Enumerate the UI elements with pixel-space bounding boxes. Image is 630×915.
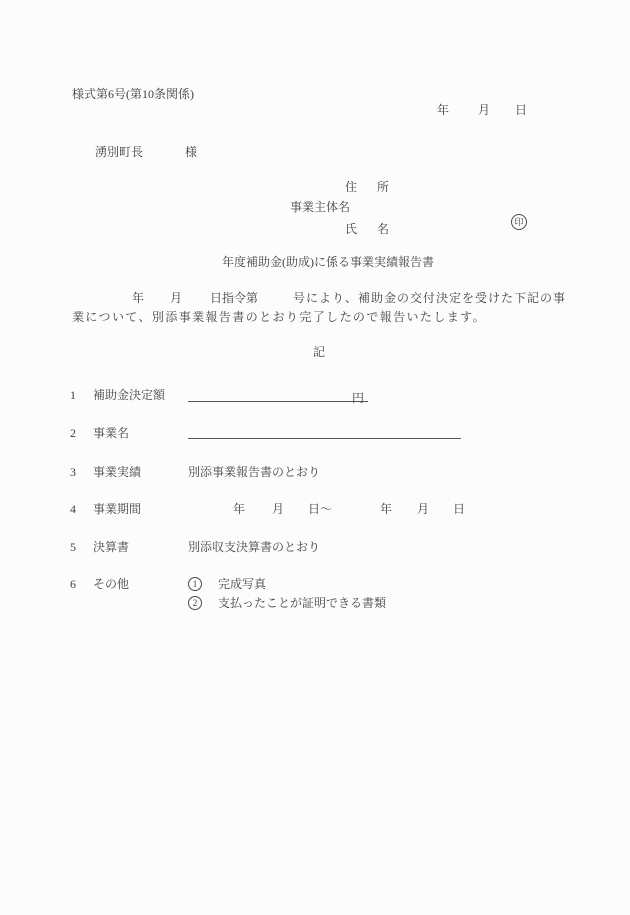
signer-entity-label: 事業主体名: [290, 200, 350, 214]
opening-line1-rest: 号により、補助金の交付決定を受けた下記の事: [293, 291, 566, 305]
addressee-honorific: 様: [185, 145, 197, 159]
item-1-number: 1: [70, 388, 76, 402]
date-year-label: 年: [437, 103, 449, 117]
item-5-number: 5: [70, 540, 76, 554]
item-2-name-blank: [188, 425, 461, 439]
item-1-amount-blank: 円: [188, 388, 368, 402]
item-4-from-day-label: 日～: [308, 502, 332, 516]
item-1-label: 補助金決定額: [93, 388, 165, 402]
item-2-label: 事業名: [93, 426, 129, 440]
document-title: 年度補助金(助成)に係る事業実績報告書: [222, 255, 434, 269]
item-6-sub-1-text: 完成写真: [218, 577, 266, 591]
addressee-title: 湧別町長: [95, 145, 143, 159]
opening-line2: 業について、別添事業報告書のとおり完了したので報告いたします。: [72, 310, 486, 324]
item-4-number: 4: [70, 502, 76, 516]
item-4-to-day-label: 日: [453, 502, 465, 516]
opening-month-label: 月: [170, 291, 182, 305]
item-2-number: 2: [70, 426, 76, 440]
circled-one-icon: 1: [188, 577, 202, 591]
signer-name-label: 氏 名: [345, 222, 393, 236]
form-number: 様式第6号(第10条関係): [72, 87, 194, 101]
item-6-number: 6: [70, 577, 76, 591]
document-page: 様式第6号(第10条関係) 年 月 日 湧別町長 様 住 所 事業主体名 氏 名…: [0, 0, 630, 915]
circled-two-icon: 2: [188, 596, 202, 610]
item-6-sub-2-text: 支払ったことが証明できる書類: [218, 596, 386, 610]
item-4-to-month-label: 月: [417, 502, 429, 516]
item-1-unit-label: 円: [352, 389, 364, 406]
item-3-label: 事業実績: [93, 465, 141, 479]
item-4-to-year-label: 年: [380, 502, 392, 516]
opening-directive-prefix: 日指令第: [210, 291, 258, 305]
seal-mark-icon: 印: [511, 214, 527, 230]
item-5-label: 決算書: [93, 540, 129, 554]
item-5-value: 別添収支決算書のとおり: [188, 540, 320, 554]
item-4-from-year-label: 年: [233, 502, 245, 516]
item-3-number: 3: [70, 465, 76, 479]
item-4-from-month-label: 月: [272, 502, 284, 516]
item-6-label: その他: [93, 577, 129, 591]
item-3-value: 別添事業報告書のとおり: [188, 465, 320, 479]
signer-address-label: 住 所: [345, 180, 393, 194]
record-heading: 記: [313, 345, 325, 359]
date-day-label: 日: [515, 103, 527, 117]
opening-year-label: 年: [132, 291, 144, 305]
date-month-label: 月: [478, 103, 490, 117]
item-4-label: 事業期間: [93, 502, 141, 516]
